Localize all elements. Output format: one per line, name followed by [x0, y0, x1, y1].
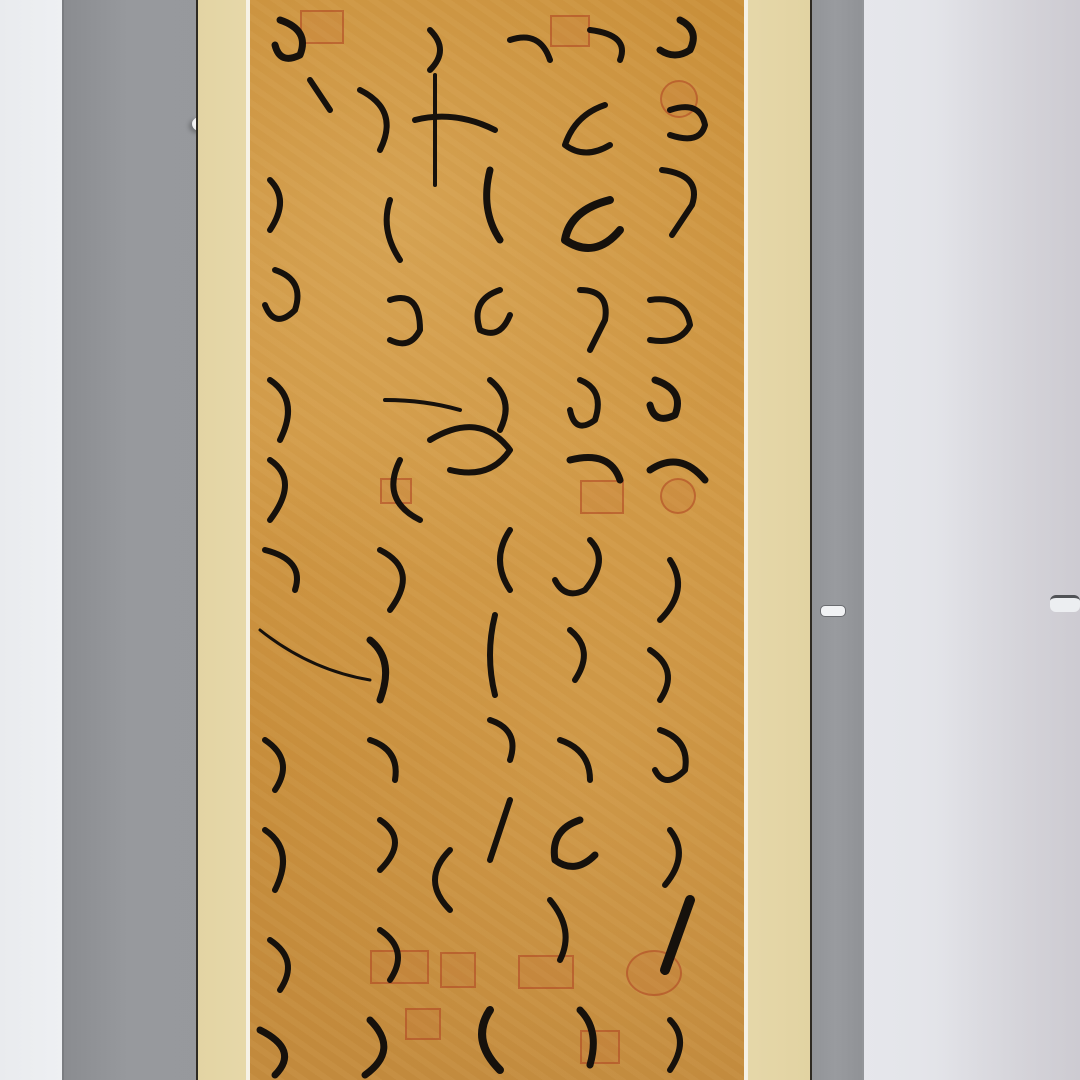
calligraphy-paper — [250, 0, 744, 1080]
inner-border-rule-right — [744, 0, 748, 1080]
wall-shadow — [940, 0, 1080, 1080]
calligraphy-ink-strokes — [250, 0, 744, 1080]
hanging-hook-right — [820, 605, 846, 617]
wall-hook — [1050, 595, 1080, 612]
